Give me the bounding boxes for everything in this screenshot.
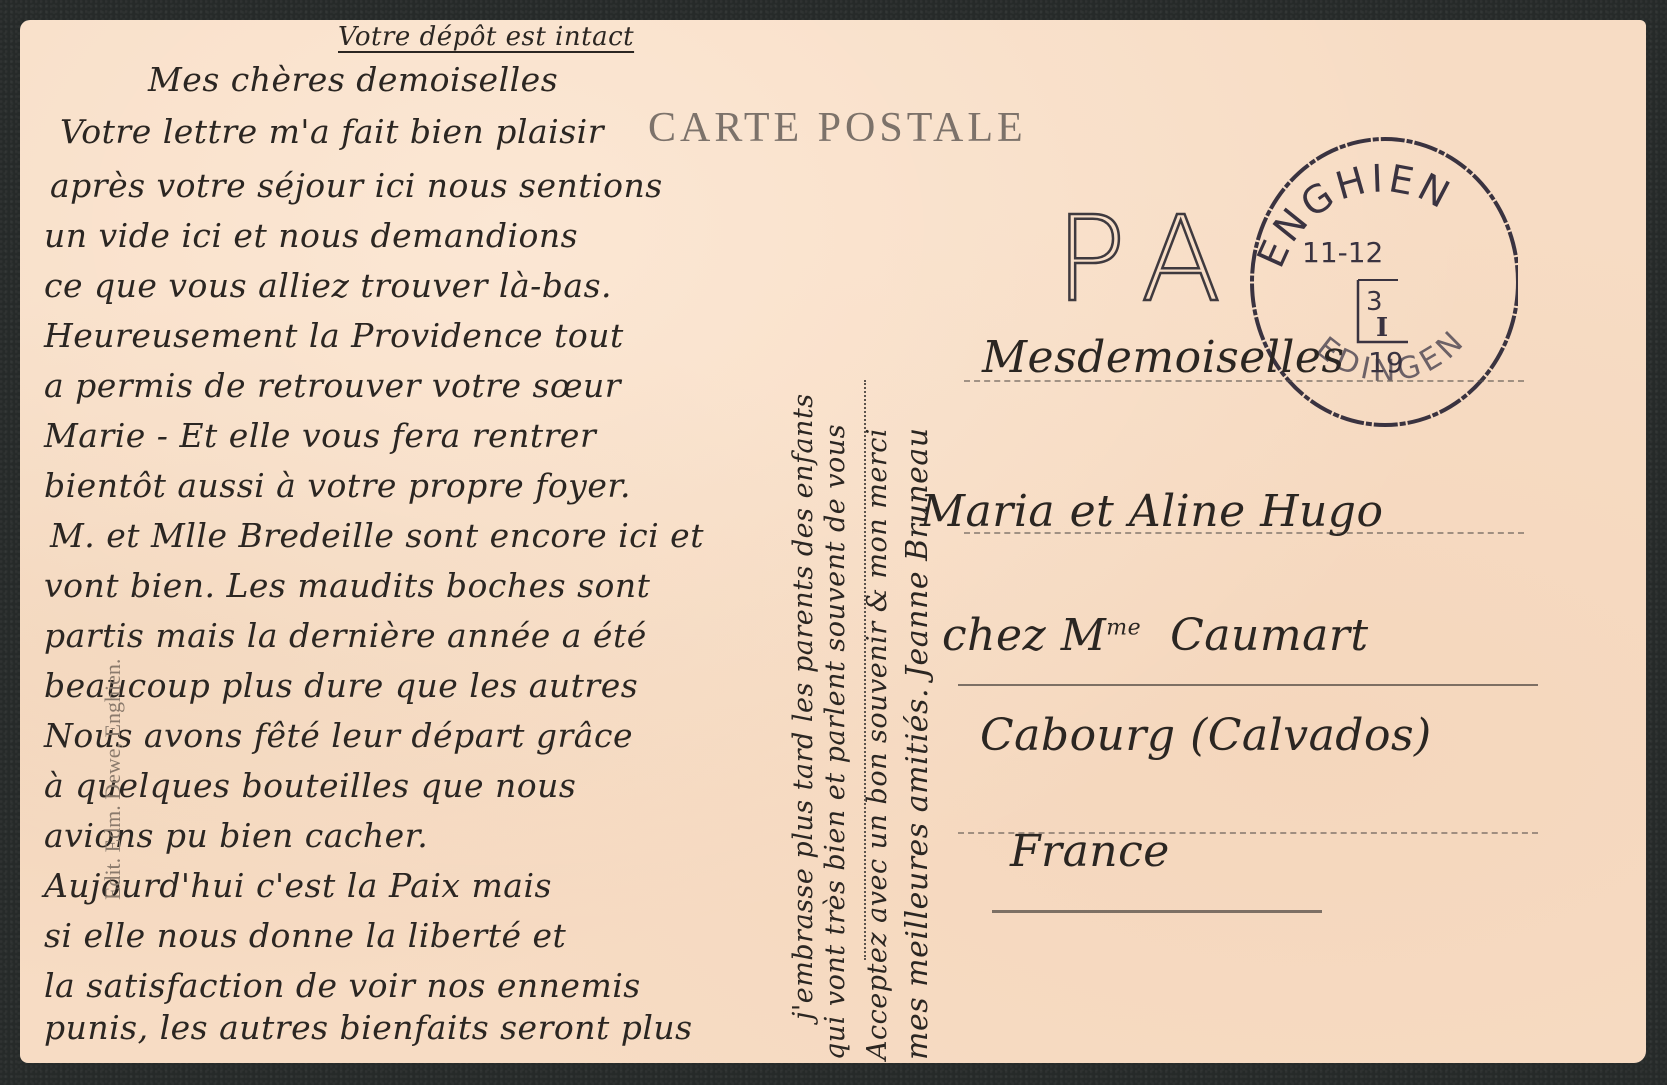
letter-line: Nous avons fêté leur départ grâce [44, 716, 633, 755]
letter-line: punis, les autres bienfaits seront plus [44, 1008, 693, 1047]
printed-title: CARTE POSTALE [648, 104, 1027, 152]
letter-line: Mes chères demoiselles [148, 60, 558, 99]
care-of-prefix: chez M [942, 610, 1106, 661]
svg-text:19: 19 [1368, 346, 1404, 379]
letter-line: Heureusement la Providence tout [44, 316, 624, 355]
letter-line: Marie - Et elle vous fera rentrer [44, 416, 596, 455]
margin-note-column: j'embrasse plus tard les parents des enf… [788, 393, 819, 1020]
letter-line: partis mais la dernière année a été [44, 616, 647, 655]
margin-note-column: qui vont très bien et parlent souvent de… [820, 424, 851, 1060]
svg-text:I: I [1376, 313, 1388, 343]
center-divider [864, 380, 866, 960]
care-of-name: Caumart [1170, 610, 1368, 661]
letter-line: Votre lettre m'a fait bien plaisir [60, 112, 604, 151]
letter-line: vont bien. Les maudits boches sont [44, 566, 650, 605]
letter-line: un vide ici et nous demandions [44, 216, 578, 255]
letter-line: a permis de retrouver votre sœur [44, 366, 621, 405]
svg-text:11-12: 11-12 [1302, 236, 1383, 269]
address-line [958, 684, 1538, 686]
address-city: Cabourg (Calvados) [980, 710, 1432, 761]
address-country: France [1010, 826, 1170, 877]
letter-line: beaucoup plus dure que les autres [44, 666, 638, 705]
address-care-of: chez Mme Caumart [942, 610, 1369, 661]
letter-line: la satisfaction de voir nos ennemis [44, 966, 641, 1005]
letter-line: si elle nous donne la liberté et [44, 916, 566, 955]
letter-line: bientôt aussi à votre propre foyer. [44, 466, 631, 505]
postcard: Votre dépôt est intact CARTE POSTALE Mes… [20, 20, 1646, 1063]
care-of-title-sup: me [1106, 615, 1141, 640]
letter-line: après votre séjour ici nous sentions [50, 166, 663, 205]
postmark-icon: ENGHIEN EDINGEN 11-12 3 I 19 [1248, 132, 1518, 432]
country-underline [992, 910, 1322, 913]
address-salutation: Mesdemoiselles [982, 332, 1345, 383]
pa-stamp: PA [1055, 190, 1243, 328]
margin-note-column: Acceptez avec un bon souvenir & mon merc… [862, 428, 893, 1060]
address-recipients: Maria et Aline Hugo [920, 486, 1383, 537]
letter-line: ce que vous alliez trouver là-bas. [44, 266, 612, 305]
publisher-credit: Edit. Edm. Dewe, Enghien. [100, 659, 126, 900]
letter-line: M. et Mlle Bredeille sont encore ici et [50, 516, 704, 555]
header-note: Votre dépôt est intact [338, 22, 634, 52]
